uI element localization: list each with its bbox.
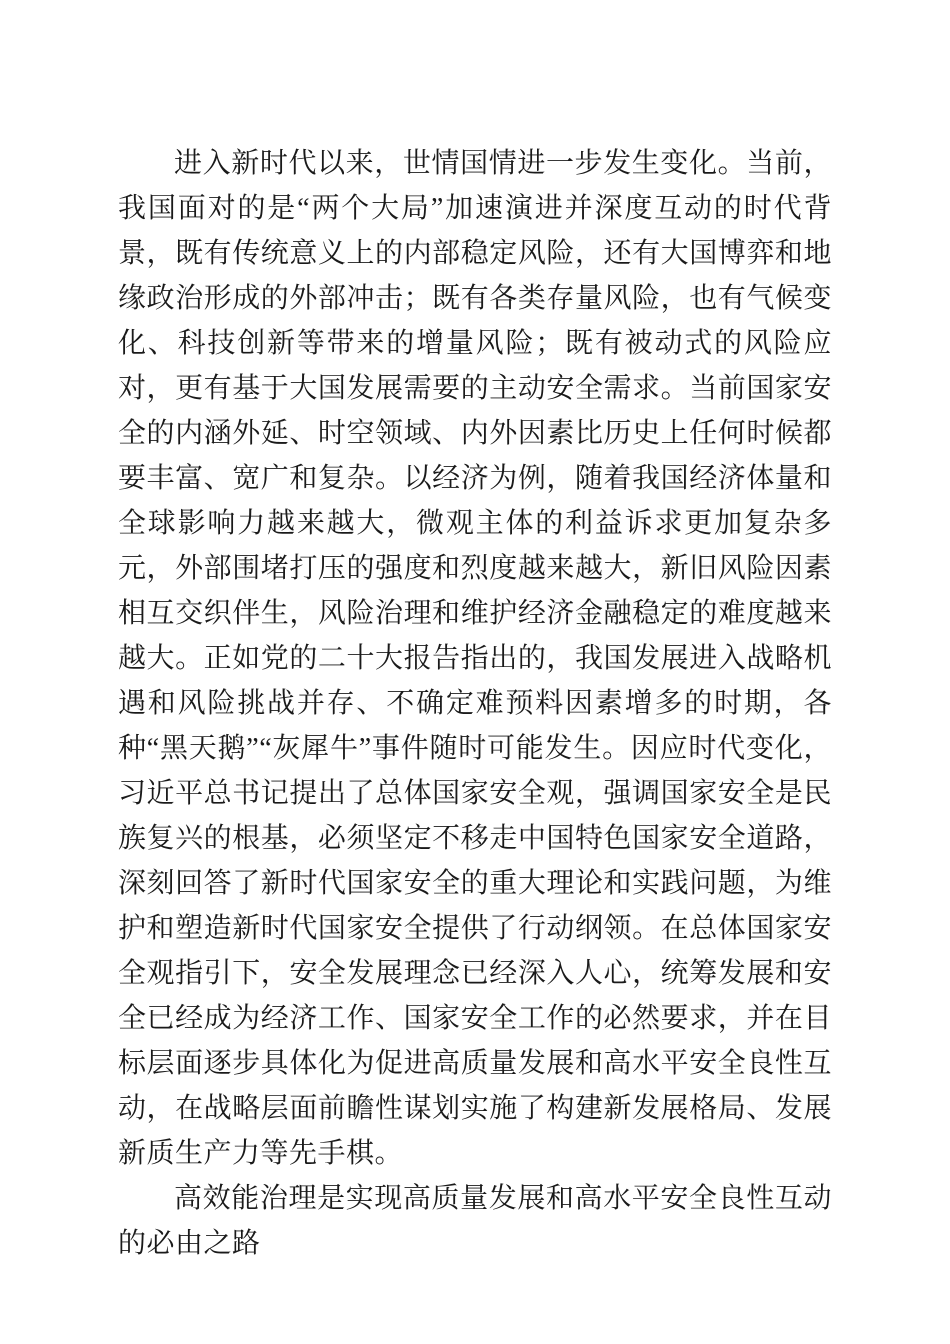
section-lead-paragraph: 高效能治理是实现高质量发展和高水平安全良性互动的必由之路 [118,1176,832,1266]
body-paragraph: 进入新时代以来，世情国情进一步发生变化。当前，我国面对的是“两个大局”加速演进并… [118,141,832,1176]
document-text-body: 进入新时代以来，世情国情进一步发生变化。当前，我国面对的是“两个大局”加速演进并… [118,141,832,1266]
document-page: 进入新时代以来，世情国情进一步发生变化。当前，我国面对的是“两个大局”加速演进并… [0,0,950,1344]
